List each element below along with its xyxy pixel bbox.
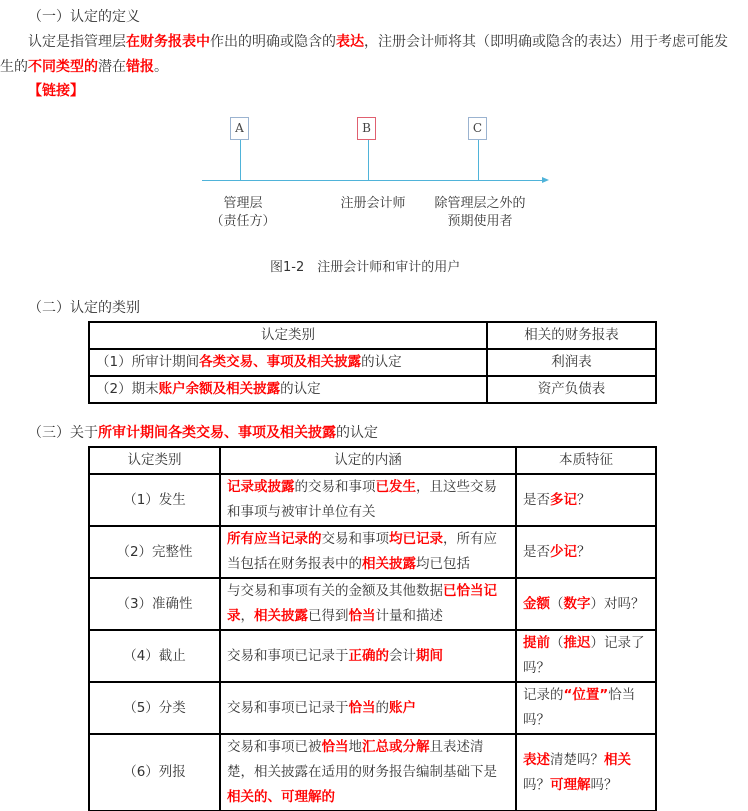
highlighted-text: 提前 (523, 635, 550, 651)
text-segment: 作出的明确或隐含的 (210, 34, 336, 50)
text-segment: ）对吗？ (591, 596, 645, 612)
row-essence: 提前（推迟）记录了吗？ (516, 630, 656, 682)
highlighted-text: 正确的 (349, 648, 390, 664)
row-essence: 记录的“位置”恰当吗？ (516, 682, 656, 734)
node-b-label: 注册会计师 (328, 195, 418, 213)
figure-caption: 图1-2 注册会计师和审计的用户 (270, 256, 460, 275)
text-segment: 的交易和事项 (295, 479, 376, 495)
text-segment: 生的 (0, 59, 28, 75)
table-row: （2）期末账户余额及相关披露的认定 资产负债表 (89, 376, 656, 403)
text-segment: ？ (577, 492, 591, 508)
node-a-tick (240, 140, 241, 180)
definition-line-2: 生的不同类型的潜在错报。 (0, 57, 168, 77)
definition-line-1: 认定是指管理层在财务报表中作出的明确或隐含的表达，注册会计师将其（即明确或隐含的… (28, 32, 728, 52)
node-a-label: 管理层 （责任方） (198, 195, 288, 231)
text-segment: 。 (154, 59, 168, 75)
row-meaning: 与交易和事项有关的金额及其他数据已恰当记录，相关披露已得到恰当计量和描述 (220, 578, 516, 630)
highlighted-text: 均已记录 (389, 531, 443, 547)
highlighted-text: 恰当 (349, 608, 376, 624)
highlighted-text: 各类交易、事项及相关披露 (199, 354, 361, 370)
highlighted-text: 相关的、可理解的 (227, 789, 335, 805)
text-segment: 潜在 (98, 59, 126, 75)
node-c-label-line1: 除管理层之外的 (420, 195, 540, 213)
node-a-label-line1: 管理层 (198, 195, 288, 213)
row-essence: 金额（数字）对吗？ (516, 578, 656, 630)
highlighted-text: 不同类型的 (28, 59, 98, 75)
row-essence: 表述清楚吗？相关吗？可理解吗？ (516, 734, 656, 811)
text-segment: （三）关于 (28, 425, 98, 441)
row-category: （3）准确性 (89, 578, 220, 630)
highlighted-text: 相关披露 (254, 608, 308, 624)
node-a-box: A (230, 117, 249, 140)
text-segment: （ (550, 635, 564, 651)
row2-statement: 资产负债表 (487, 376, 656, 403)
row-category: （5）分类 (89, 682, 220, 734)
table-row: （6）列报 交易和事项已被恰当地汇总或分解且表述清楚，相关披露在适用的财务报告编… (89, 734, 656, 811)
row-category: （6）列报 (89, 734, 220, 811)
highlighted-text: 金额 (523, 596, 550, 612)
highlighted-text: 记录或披露 (227, 479, 295, 495)
row1-statement: 利润表 (487, 349, 656, 376)
text-segment: 交易和事项已记录于 (227, 700, 349, 716)
text-segment: 的认定 (336, 425, 378, 441)
section3-heading: （三）关于所审计期间各类交易、事项及相关披露的认定 (28, 423, 378, 443)
text-segment: 交易和事项已记录于 (227, 648, 349, 664)
node-a-label-line2: （责任方） (198, 213, 288, 231)
arrow-right-icon (542, 177, 549, 183)
node-c-label-line2: 预期使用者 (420, 213, 540, 231)
highlighted-text: 恰当 (349, 700, 376, 716)
section2-heading: （二）认定的类别 (28, 298, 140, 318)
highlighted-text: 数字 (564, 596, 591, 612)
row-meaning: 交易和事项已记录于恰当的账户 (220, 682, 516, 734)
text-segment: （1）所审计期间 (96, 354, 199, 370)
highlighted-text: 已发生 (376, 479, 417, 495)
text-segment: （2）期末 (96, 381, 159, 397)
text-segment: ？ (577, 544, 591, 560)
text-segment: ， (241, 608, 255, 624)
text-segment: 与交易和事项有关的金额及其他数据 (227, 583, 443, 599)
text-segment: （ (550, 596, 564, 612)
text-segment: 的认定 (280, 381, 321, 397)
users-diagram: A B C 管理层 （责任方） 注册会计师 除管理层之外的 预期使用者 图1-2… (0, 100, 748, 280)
text-segment: 吗？ (591, 777, 618, 793)
node-b-tick (368, 140, 369, 180)
section1-heading: （一）认定的定义 (28, 7, 140, 27)
table-row: （3）准确性 与交易和事项有关的金额及其他数据已恰当记录，相关披露已得到恰当计量… (89, 578, 656, 630)
row-meaning: 交易和事项已被恰当地汇总或分解且表述清楚，相关披露在适用的财务报告编制基础下是相… (220, 734, 516, 811)
highlighted-text: 在财务报表中 (126, 34, 210, 50)
table-header-row: 认定类别 认定的内涵 本质特征 (89, 447, 656, 474)
highlighted-text: 相关 (604, 752, 631, 768)
text-segment: 的 (376, 700, 390, 716)
text-segment: 已得到 (308, 608, 349, 624)
header-category: 认定类别 (89, 447, 220, 474)
link-label[interactable]: 【链接】 (28, 81, 84, 101)
node-c-box: C (468, 117, 487, 140)
transaction-assertions-table: 认定类别 认定的内涵 本质特征 （1）发生 记录或披露的交易和事项已发生，且这些… (88, 446, 657, 811)
header-statement: 相关的财务报表 (487, 322, 656, 349)
text-segment: 交易和事项已被 (227, 739, 322, 755)
highlighted-text: “位置” (564, 687, 609, 703)
text-segment: ，注册会计师将其（即明确或隐含的表达）用于考虑可能发 (364, 34, 728, 50)
table-row: （5）分类 交易和事项已记录于恰当的账户 记录的“位置”恰当吗？ (89, 682, 656, 734)
highlighted-text: 表达 (336, 34, 364, 50)
text-segment: 会计 (389, 648, 416, 664)
row-category: （4）截止 (89, 630, 220, 682)
text-segment: 吗？ (523, 777, 550, 793)
row2-category: （2）期末账户余额及相关披露的认定 (89, 376, 487, 403)
text-segment: 地 (349, 739, 363, 755)
highlighted-text: 恰当 (322, 739, 349, 755)
highlighted-text: 多记 (550, 492, 577, 508)
highlighted-text: 推迟 (564, 635, 591, 651)
highlighted-text: 汇总或分解 (362, 739, 430, 755)
table-row: （1）所审计期间各类交易、事项及相关披露的认定 利润表 (89, 349, 656, 376)
highlighted-text: 期间 (416, 648, 443, 664)
row-category: （2）完整性 (89, 526, 220, 578)
table-header-row: 认定类别 相关的财务报表 (89, 322, 656, 349)
highlighted-text: 少记 (550, 544, 577, 560)
highlighted-text: 可理解 (550, 777, 591, 793)
text-segment: 记录的 (523, 687, 564, 703)
text-segment: 是否 (523, 544, 550, 560)
highlighted-text: 账户 (389, 700, 416, 716)
text-segment: 清楚吗？ (550, 752, 604, 768)
header-essence: 本质特征 (516, 447, 656, 474)
node-c-tick (478, 140, 479, 180)
row-meaning: 所有应当记录的交易和事项均已记录，所有应当包括在财务报表中的相关披露均已包括 (220, 526, 516, 578)
text-segment: 交易和事项 (322, 531, 390, 547)
assertion-category-table: 认定类别 相关的财务报表 （1）所审计期间各类交易、事项及相关披露的认定 利润表… (88, 321, 657, 404)
row-essence: 是否多记？ (516, 474, 656, 526)
text-segment: 均已包括 (416, 556, 470, 572)
row-meaning: 记录或披露的交易和事项已发生，且这些交易和事项与被审计单位有关 (220, 474, 516, 526)
text-segment: 计量和描述 (376, 608, 444, 624)
row1-category: （1）所审计期间各类交易、事项及相关披露的认定 (89, 349, 487, 376)
highlighted-text: 相关披露 (362, 556, 416, 572)
node-b-label-line1: 注册会计师 (328, 195, 418, 213)
highlighted-text: 所有应当记录的 (227, 531, 322, 547)
highlighted-text: 错报 (126, 59, 154, 75)
table-row: （2）完整性 所有应当记录的交易和事项均已记录，所有应当包括在财务报表中的相关披… (89, 526, 656, 578)
node-c-label: 除管理层之外的 预期使用者 (420, 195, 540, 231)
row-essence: 是否少记？ (516, 526, 656, 578)
text-segment: 的认定 (361, 354, 402, 370)
table-row: （4）截止 交易和事项已记录于正确的会计期间 提前（推迟）记录了吗？ (89, 630, 656, 682)
header-category: 认定类别 (89, 322, 487, 349)
table-row: （1）发生 记录或披露的交易和事项已发生，且这些交易和事项与被审计单位有关 是否… (89, 474, 656, 526)
highlighted-text: 账户余额及相关披露 (159, 381, 281, 397)
highlighted-text: 所审计期间各类交易、事项及相关披露 (98, 425, 336, 441)
node-b-box: B (357, 117, 376, 140)
highlighted-text: 表述 (523, 752, 550, 768)
timeline-axis (202, 180, 542, 181)
text-segment: 是否 (523, 492, 550, 508)
row-category: （1）发生 (89, 474, 220, 526)
text-segment: 认定是指管理层 (28, 34, 126, 50)
header-meaning: 认定的内涵 (220, 447, 516, 474)
row-meaning: 交易和事项已记录于正确的会计期间 (220, 630, 516, 682)
